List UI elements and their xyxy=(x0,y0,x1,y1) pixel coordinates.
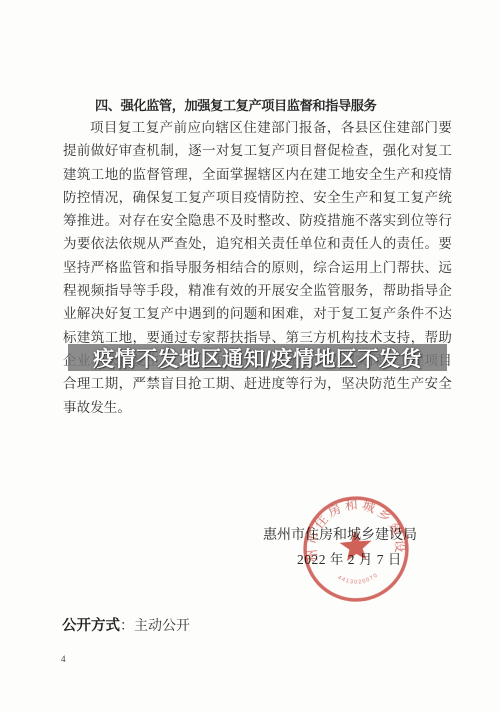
disclosure-colon: ： xyxy=(120,619,134,634)
section-heading: 四、强化监管，加强复工复产项目监督和指导服务 xyxy=(95,95,395,114)
paragraph-line: 防控情况，确保复工复产项目疫情防控、安全生产和复工复产统 xyxy=(63,186,452,209)
paragraph-line: 坚持严格监管和指导服务相结合的原则，综合运用上门帮扶、远 xyxy=(63,256,452,279)
seal-code: 4413020070 xyxy=(336,572,380,587)
paragraph-line: 合理工期，严禁盲目抢工期、赶进度等行为，坚决防范生产安全 xyxy=(63,372,452,395)
paragraph-line: 提前做好审查机制，逐一对复工复产项目督促检查，强化对复工 xyxy=(63,139,452,162)
red-star-icon xyxy=(339,529,373,561)
paragraph-line: 业解决好复工复产中遇到的问题和困难，对于复工复产条件不达 xyxy=(63,302,452,325)
watermark-banner-text: 疫情不发地区通知/疫情地区不发货 xyxy=(93,343,422,373)
official-seal-stamp-icon: 惠州市住房和城乡建设局 4413020070 xyxy=(296,489,416,609)
paragraph-line: 项目复工复产前应向辖区住建部门报备，各县区住建部门要 xyxy=(63,116,452,139)
svg-text:4413020070: 4413020070 xyxy=(336,572,380,587)
watermark-banner: 疫情不发地区通知/疫情地区不发货 xyxy=(68,344,447,371)
page-number: 4 xyxy=(61,654,66,664)
body-paragraph: 项目复工复产前应向辖区住建部门报备，各县区住建部门要 提前做好审查机制，逐一对复… xyxy=(63,116,452,419)
scanned-document-page: 四、强化监管，加强复工复产项目监督和指导服务 项目复工复产前应向辖区住建部门报备… xyxy=(0,0,500,712)
disclosure-row: 公开方式：主动公开 xyxy=(62,614,190,635)
disclosure-value: 主动公开 xyxy=(134,619,190,634)
paragraph-line: 筹推进。对存在安全隐患不及时整改、防疫措施不落实到位等行 xyxy=(63,209,452,232)
paragraph-line: 建筑工地的监督管理，全面掌握辖区内在建工地安全生产和疫情 xyxy=(63,163,452,186)
paragraph-line: 为要依法依规从严查处，追究相关责任单位和责任人的责任。要 xyxy=(63,232,452,255)
disclosure-label: 公开方式 xyxy=(62,618,120,634)
paragraph-line: 程视频指导等手段，精准有效的开展安全监管服务，帮助指导企 xyxy=(63,279,452,302)
paragraph-line: 事故发生。 xyxy=(63,396,452,419)
